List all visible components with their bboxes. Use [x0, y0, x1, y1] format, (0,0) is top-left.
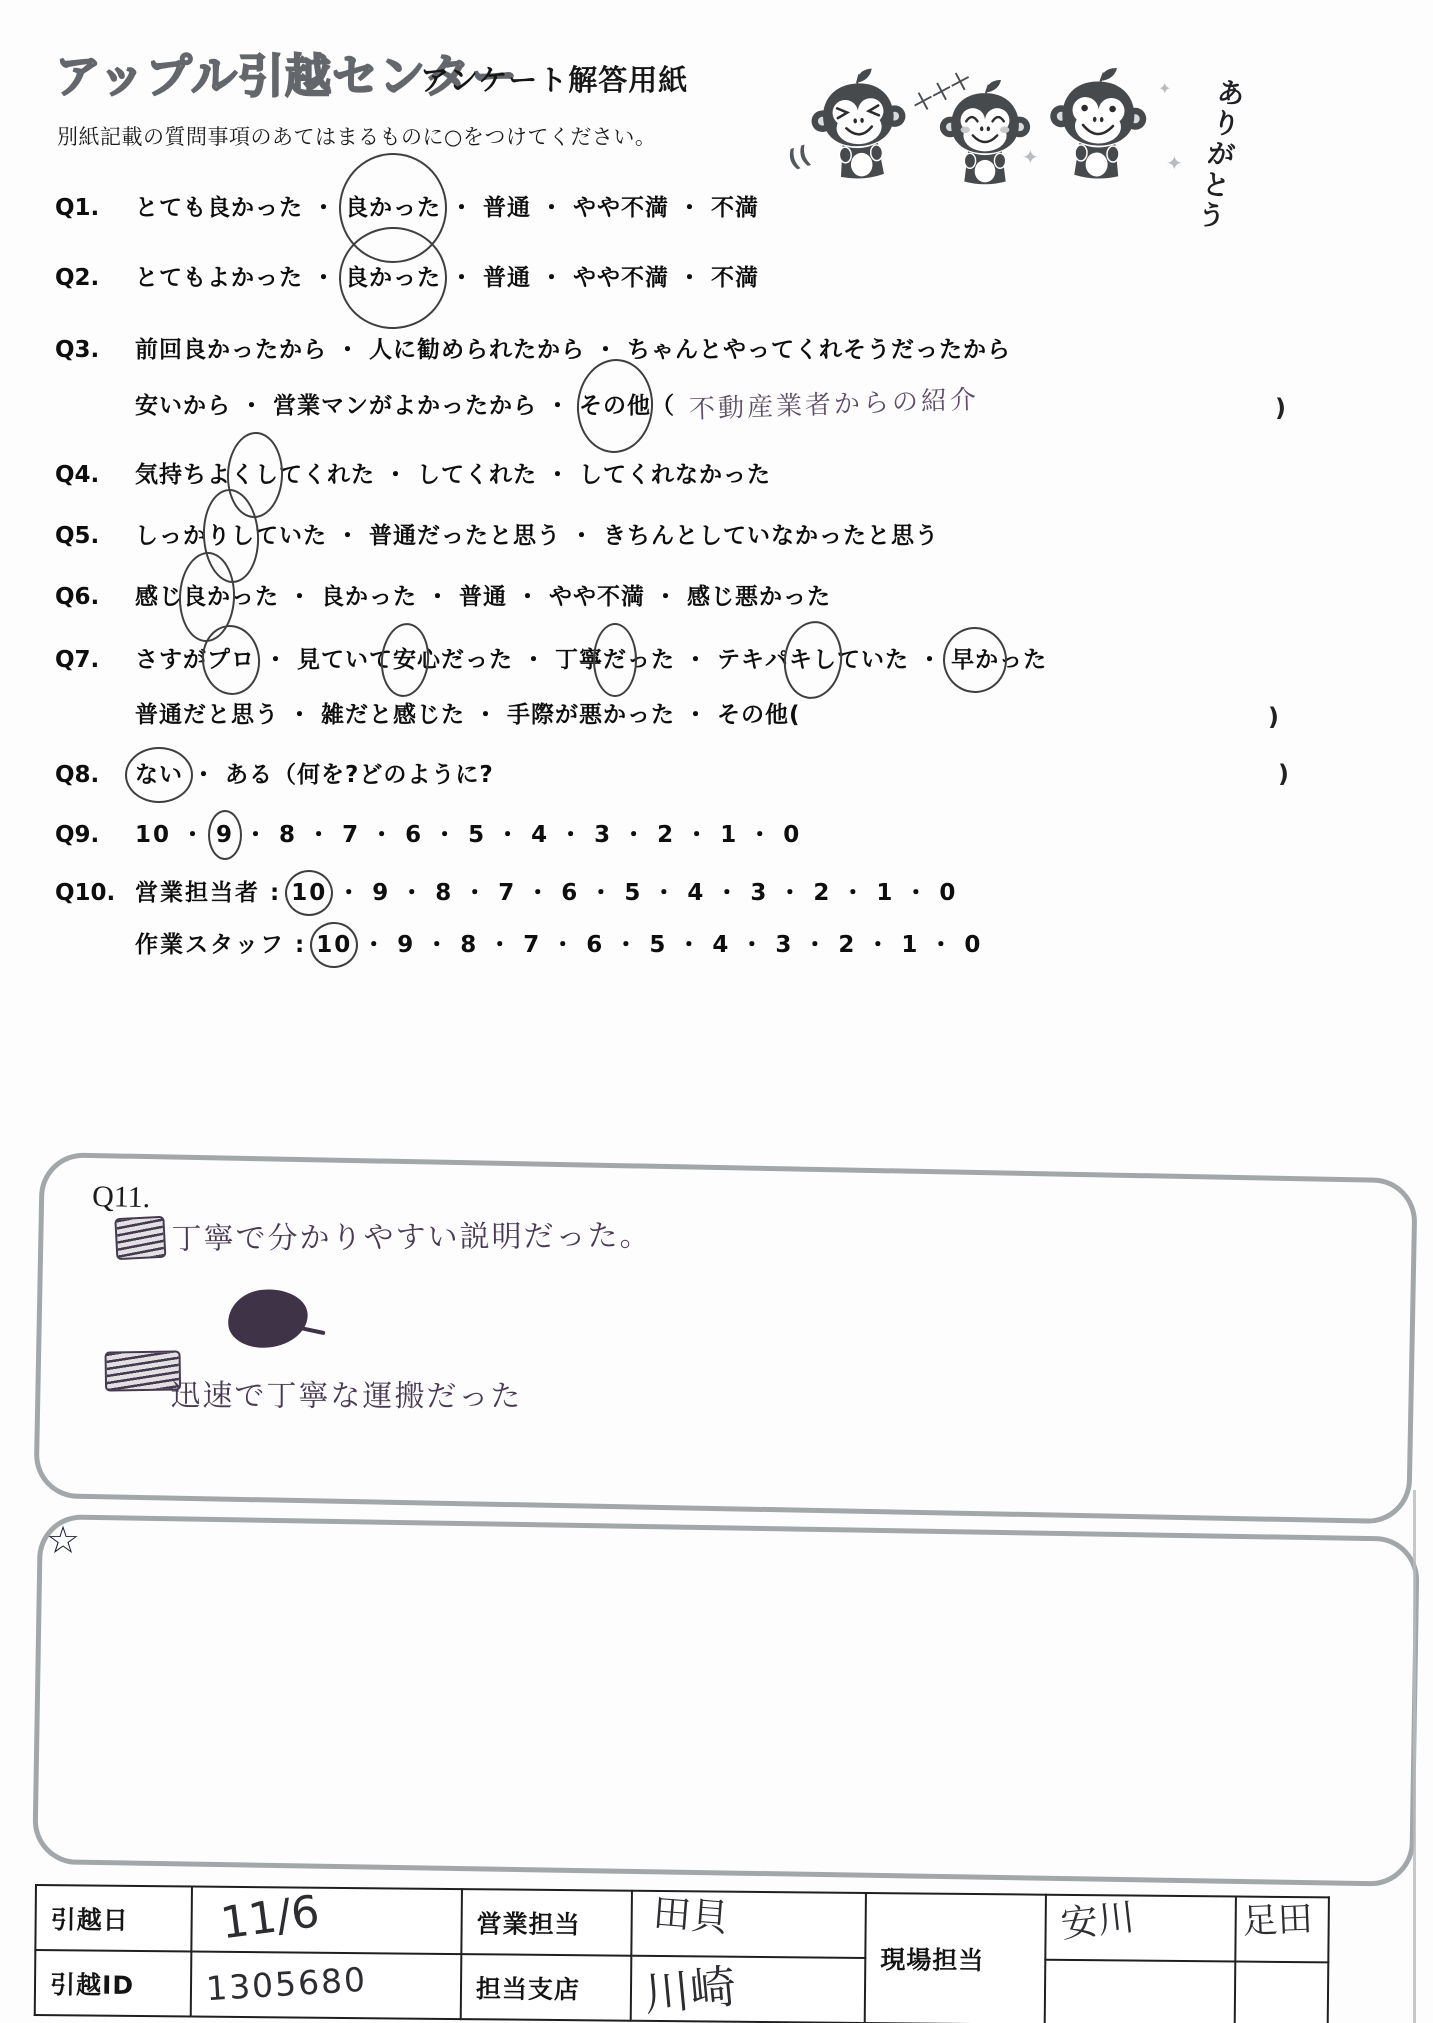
q8-label: Q8.	[55, 760, 135, 790]
q11-comment-box: Q11. 丁寧で分かりやすい説明だった。 迅速で丁寧な運搬だった	[33, 1152, 1417, 1524]
q7-circled-pro: プロ	[207, 645, 255, 675]
q10-row1-label: 営業担当者 :	[135, 880, 291, 906]
q7-circled-hayakatta: 早か	[951, 645, 999, 675]
handwritten-move-id: 1305680	[205, 1963, 368, 2006]
label-move-date: 引越日	[35, 1885, 192, 1951]
q9-scale: 10 ・	[135, 822, 216, 848]
q7-close-paren: )	[1268, 703, 1279, 731]
question-q1: Q1.とても良かった ・ 良かった ・ 普通 ・ やや不満 ・ 不満	[55, 193, 759, 223]
q3-open-paren: （	[651, 393, 675, 419]
q1-options: とても良かった ・	[135, 195, 345, 221]
monkey-icon-laughing	[806, 66, 912, 187]
question-q7-line2: 普通だと思う ・ 雑だと感じた ・ 手際が悪かった ・ その他(	[55, 700, 801, 730]
question-q10-row1: Q10.営業担当者 : 10 ・ 9 ・ 8 ・ 7 ・ 6 ・ 5 ・ 4 ・…	[55, 878, 957, 908]
thanks-vertical-text: ありがとう	[1185, 75, 1251, 249]
q7-seg: 心だった ・ 丁寧	[417, 647, 603, 673]
question-q9: Q9.10 ・ 9 ・ 8 ・ 7 ・ 6 ・ 5 ・ 4 ・ 3 ・ 2 ・ …	[55, 820, 801, 850]
label-move-id: 引越ID	[35, 1950, 192, 2016]
q11-label: Q11.	[92, 1180, 151, 1215]
q10-row1-scale: ・ 9 ・ 8 ・ 7 ・ 6 ・ 5 ・ 4 ・ 3 ・ 2 ・ 1 ・ 0	[327, 880, 957, 906]
q6-label: Q6.	[55, 582, 135, 612]
form-title: アンケート解答用紙	[420, 58, 688, 99]
table-row: 引越ID 1305680 担当支店 川崎	[35, 1950, 1329, 2023]
q2-options: とてもよかった ・	[135, 265, 345, 291]
q3-label: Q3.	[55, 335, 135, 365]
motion-lines: ((	[784, 140, 814, 173]
q7-label: Q7.	[55, 645, 135, 675]
monkey-icon-happy	[938, 79, 1032, 189]
q4-options-rest: てくれた ・ してくれた ・ してくれなかった	[279, 462, 771, 488]
question-q3-line2: 安いから ・ 営業マンがよかったから ・ その他（不動産業者からの紹介	[55, 390, 979, 421]
q2-label: Q2.	[55, 263, 135, 293]
empty-cell	[1045, 1960, 1236, 2023]
question-q6: Q6.感じ良かった ・ 良かった ・ 普通 ・ やや不満 ・ 感じ悪かった	[55, 582, 831, 612]
q1-options-rest: ・ 普通 ・ やや不満 ・ 不満	[441, 195, 759, 221]
question-q5: Q5.しっかりしていた ・ 普通だったと思う ・ きちんとしていなかったと思う	[55, 521, 939, 551]
q5-options: しっか	[135, 523, 207, 549]
scan-artifact-line	[1413, 1490, 1416, 2023]
q11-handwritten-note-2: 迅速で丁寧な運搬だった	[170, 1371, 522, 1416]
value-sales-rep: 田貝	[631, 1891, 866, 1958]
value-move-id: 1305680	[191, 1952, 462, 2020]
q7-options-line2: 普通だと思う ・ 雑だと感じた ・ 手際が悪かった ・ その他(	[135, 702, 801, 728]
label-site-staff: 現場担当	[865, 1893, 1046, 2023]
handwritten-site-staff-1: 安川	[1059, 1898, 1137, 1943]
q4-label: Q4.	[55, 460, 135, 490]
q9-scale-rest: ・ 8 ・ 7 ・ 6 ・ 5 ・ 4 ・ 3 ・ 2 ・ 1 ・ 0	[234, 822, 801, 848]
survey-scan-page: アップル引越センター アンケート解答用紙 別紙記載の質問事項のあてはまるものに○…	[0, 0, 1433, 2023]
question-q4: Q4.気持ちよくしてくれた ・ してくれた ・ してくれなかった	[55, 460, 771, 490]
q7-circled-tekipaki: キし	[789, 645, 837, 675]
handwritten-site-staff-2: 足田	[1242, 1902, 1313, 1940]
q8-close-paren: )	[1278, 760, 1289, 788]
crossed-out-scribble	[114, 1216, 166, 1260]
handwritten-branch: 川崎	[642, 1963, 738, 2018]
q8-options-rest: ・ ある（何を?どのように?	[183, 762, 494, 788]
q7-seg: ・ 見ていて	[255, 647, 393, 673]
q3-options-line2: 安いから ・ 営業マンがよかったから ・	[135, 393, 579, 419]
q7-seg: った ・ テキパ	[627, 647, 789, 673]
sparkle-icon: ✦	[1022, 145, 1039, 169]
question-q2: Q2.とてもよかった ・ 良かった ・ 普通 ・ やや不満 ・ 不満	[55, 263, 759, 293]
q3-circled-answer: その他	[579, 391, 651, 421]
sparkle-icon: ✦	[1166, 151, 1183, 175]
q7-circled-teinei: だ	[603, 645, 627, 675]
footer-info-table: 引越日 11/6 営業担当 田貝 現場担当 安川 足田 引越ID 1305680…	[34, 1884, 1330, 2023]
label-branch: 担当支店	[461, 1954, 632, 2021]
sparkle-icon: ✦	[1158, 79, 1171, 98]
q5-label: Q5.	[55, 521, 135, 551]
q7-circled-anshin: 安	[393, 645, 417, 675]
q3-close-paren: )	[1275, 394, 1286, 422]
handwritten-sales-rep: 田貝	[651, 1893, 730, 1937]
q6-circled-answer: 良か	[183, 582, 231, 612]
value-move-date: 11/6	[191, 1887, 462, 1955]
q3-handwritten-other: 不動産業者からの紹介	[689, 385, 980, 425]
q6-options-rest: った ・ 良かった ・ 普通 ・ やや不満 ・ 感じ悪かった	[231, 584, 831, 610]
q4-options: 気持ちよ	[135, 462, 231, 488]
value-site-staff-2: 足田	[1235, 1897, 1329, 1963]
star-icon: ☆	[46, 1518, 80, 1562]
q2-options-rest: ・ 普通 ・ やや不満 ・ 不満	[441, 265, 759, 291]
q10-label: Q10.	[55, 878, 135, 908]
empty-cell	[1235, 1962, 1329, 2023]
q6-options: 感じ	[135, 584, 183, 610]
q10-row2-circled-score: 10	[316, 930, 352, 960]
q1-label: Q1.	[55, 193, 135, 223]
q3-options-line1: 前回良かったから ・ 人に勧められたから ・ ちゃんとやってくれそうだったから	[135, 337, 1011, 363]
q10-row2-scale: ・ 9 ・ 8 ・ 7 ・ 6 ・ 5 ・ 4 ・ 3 ・ 2 ・ 1 ・ 0	[352, 932, 982, 958]
q10-row2-label: 作業スタッフ :	[135, 932, 316, 958]
value-branch: 川崎	[631, 1956, 866, 2023]
extra-comment-box	[32, 1514, 1420, 1887]
q7-seg: ていた ・	[837, 647, 951, 673]
q9-circled-score: 9	[216, 820, 234, 850]
q7-seg: った	[999, 647, 1047, 673]
ink-blot-scribble	[225, 1285, 311, 1351]
value-site-staff-1: 安川	[1045, 1895, 1236, 1962]
label-sales-rep: 営業担当	[461, 1889, 632, 1956]
question-q8: Q8.ない ・ ある（何を?どのように?	[55, 760, 494, 790]
question-q7-line1: Q7.さすがプロ ・ 見ていて安心だった ・ 丁寧だった ・ テキパキしていた …	[55, 645, 1047, 675]
table-row: 引越日 11/6 営業担当 田貝 現場担当 安川 足田	[35, 1885, 1329, 1962]
q8-circled-answer: ない	[135, 760, 183, 790]
q7-seg: さすが	[135, 647, 207, 673]
q2-circled-answer: 良かった	[345, 263, 441, 293]
q9-label: Q9.	[55, 820, 135, 850]
monkeys-illustration: (( ＋＋＋	[780, 55, 1300, 235]
monkey-icon-smiling	[1046, 65, 1150, 184]
handwritten-move-date: 11/6	[218, 1890, 322, 1946]
q5-circled-answer: りし	[207, 521, 255, 551]
q10-row1-circled-score: 10	[291, 878, 327, 908]
question-q3-line1: Q3.前回良かったから ・ 人に勧められたから ・ ちゃんとやってくれそうだった…	[55, 335, 1011, 365]
instruction-text: 別紙記載の質問事項のあてはまるものに○をつけてください。	[57, 121, 656, 151]
q4-circled-answer: くし	[231, 460, 279, 490]
q1-circled-answer: 良かった	[345, 193, 441, 223]
q11-handwritten-note-1: 丁寧で分かりやすい説明だった。	[171, 1210, 651, 1257]
question-q10-row2: 作業スタッフ : 10 ・ 9 ・ 8 ・ 7 ・ 6 ・ 5 ・ 4 ・ 3 …	[55, 930, 982, 960]
q5-options-rest: ていた ・ 普通だったと思う ・ きちんとしていなかったと思う	[255, 523, 939, 549]
